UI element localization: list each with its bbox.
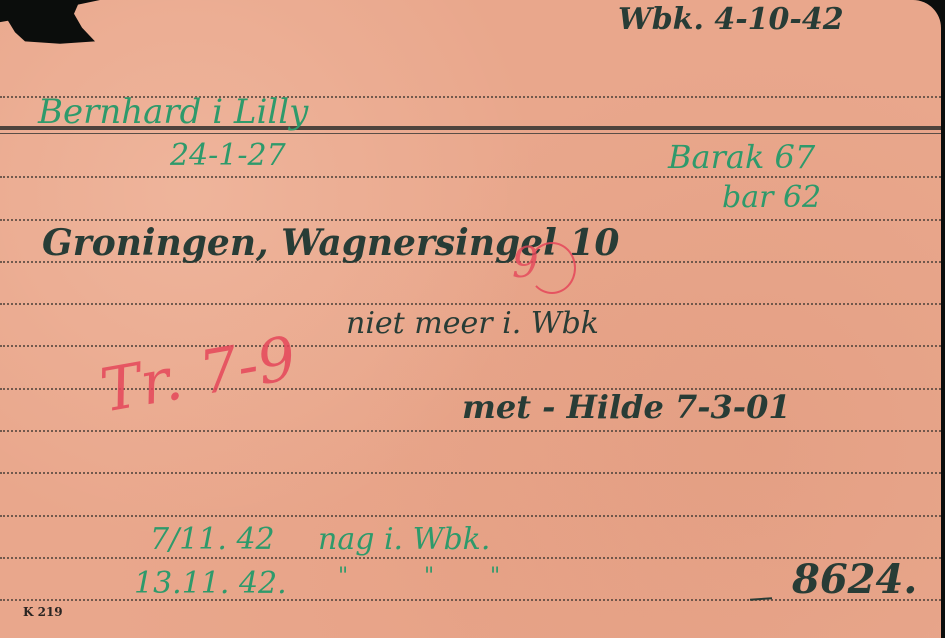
- index-card: Wbk. 4-10-42 Bernhard i Lilly 24-1-27 Ba…: [0, 0, 941, 638]
- birth-date: 24-1-27: [170, 138, 286, 173]
- barrack-number-alt: bar 62: [722, 180, 821, 215]
- ruled-line: [0, 472, 941, 474]
- ruled-line: [0, 515, 941, 517]
- ditto-mark: ": [338, 564, 348, 589]
- ditto-mark: ": [424, 564, 434, 589]
- note-with-relative: met - Hilde 7-3-01: [462, 388, 791, 426]
- ditto-mark: ": [490, 564, 500, 589]
- barrack-number: Barak 67: [668, 138, 815, 176]
- movement-date-1: 7/11. 42: [150, 522, 275, 557]
- movement-date-2: 13.11. 42.: [134, 566, 287, 601]
- ruled-line: [0, 219, 941, 221]
- ruled-line: [0, 176, 941, 178]
- camp-arrival-date: Wbk. 4-10-42: [618, 2, 844, 37]
- ruled-line: [0, 430, 941, 432]
- torn-corner: [0, 0, 100, 46]
- red-transport-note: Tr. 7-9: [95, 323, 301, 426]
- movement-text-1: nag i. Wbk.: [318, 522, 490, 557]
- card-number: 8624.: [792, 556, 917, 603]
- ruled-line: [0, 303, 941, 305]
- ruled-line: [0, 345, 941, 347]
- person-name: Bernhard i Lilly: [38, 92, 308, 132]
- header-rule-thin: [0, 133, 941, 134]
- note-not-in-camp: niet meer i. Wbk: [346, 306, 599, 341]
- red-circle-mark: [528, 242, 576, 294]
- form-number: K 219: [23, 605, 63, 619]
